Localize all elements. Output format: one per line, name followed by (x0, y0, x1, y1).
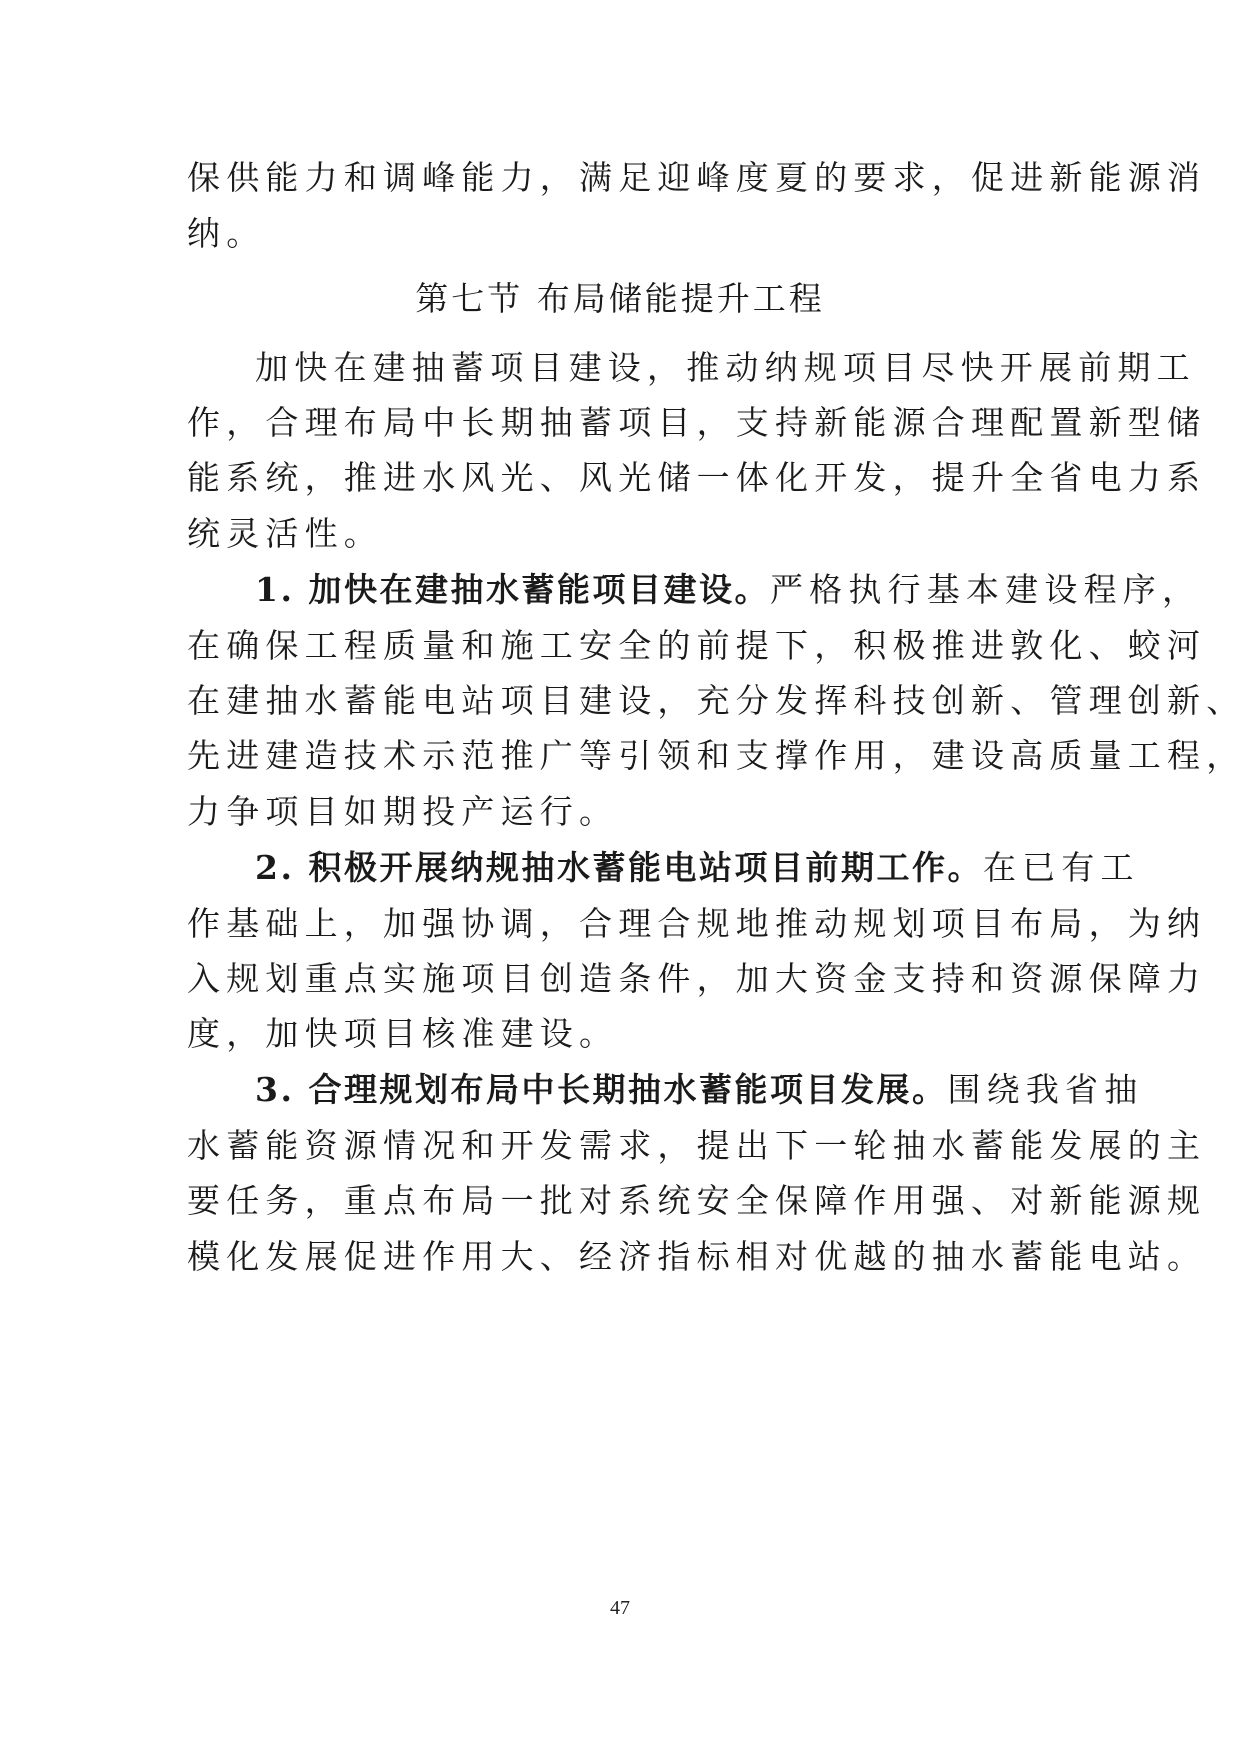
item-1-title: 1. 加快在建抽水蓄能项目建设。 (255, 570, 770, 609)
body-text-line: 水蓄能资源情况和开发需求，提出下一轮抽水蓄能发展的主 (187, 1126, 1057, 1166)
body-text-line: 要任务，重点布局一批对系统安全保障作用强、对新能源规 (187, 1181, 1057, 1221)
page-number: 47 (0, 1597, 1240, 1620)
body-text-line: 加快在建抽蓄项目建设，推动纳规项目尽快开展前期工 (255, 348, 1055, 388)
item-1-text: 严格执行基本建设程序， (770, 570, 1201, 609)
item-2-first-line: 2. 积极开展纳规抽水蓄能电站项目前期工作。在已有工 (255, 848, 1125, 888)
item-3-title: 3. 合理规划布局中长期抽水蓄能项目发展。 (255, 1070, 947, 1109)
body-text-line: 能系统，推进水风光、风光储一体化开发，提升全省电力系 (187, 458, 1057, 498)
body-text-line: 在确保工程质量和施工安全的前提下，积极推进敦化、蛟河 (187, 626, 1057, 666)
body-text-line: 模化发展促进作用大、经济指标相对优越的抽水蓄能电站。 (187, 1237, 1057, 1277)
body-text-line: 入规划重点实施项目创造条件，加大资金支持和资源保障力 (187, 959, 1057, 999)
body-text-line: 保供能力和调峰能力，满足迎峰度夏的要求，促进新能源消 (187, 158, 1057, 198)
body-text-line: 作基础上，加强协调，合理合规地推动规划项目布局，为纳 (187, 904, 1057, 944)
item-1-first-line: 1. 加快在建抽水蓄能项目建设。严格执行基本建设程序， (255, 570, 1125, 610)
body-text-line: 在建抽水蓄能电站项目建设，充分发挥科技创新、管理创新、 (187, 681, 1057, 721)
body-text-line: 作，合理布局中长期抽蓄项目，支持新能源合理配置新型储 (187, 403, 1057, 443)
document-page: 保供能力和调峰能力，满足迎峰度夏的要求，促进新能源消 纳。 第七节 布局储能提升… (0, 0, 1240, 1754)
item-2-title: 2. 积极开展纳规抽水蓄能电站项目前期工作。 (255, 848, 983, 887)
item-3-first-line: 3. 合理规划布局中长期抽水蓄能项目发展。围绕我省抽 (255, 1070, 1125, 1110)
body-text-line: 力争项目如期投产运行。 (187, 792, 1057, 832)
item-2-text: 在已有工 (983, 848, 1140, 887)
body-text-line: 度，加快项目核准建设。 (187, 1014, 1057, 1054)
body-text-line: 纳。 (187, 214, 1057, 254)
item-3-text: 围绕我省抽 (947, 1070, 1143, 1109)
section-heading: 第七节 布局储能提升工程 (0, 279, 1240, 319)
body-text-line: 先进建造技术示范推广等引领和支撑作用，建设高质量工程， (187, 736, 1057, 776)
body-text-line: 统灵活性。 (187, 514, 1057, 554)
